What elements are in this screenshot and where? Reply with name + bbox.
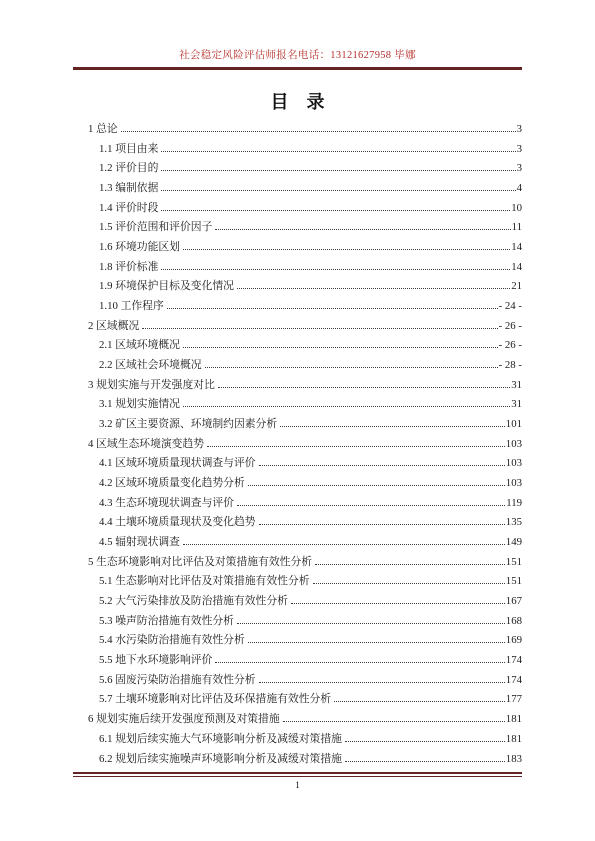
toc-entry-page: 174 [506, 671, 522, 691]
dotted-leader [183, 543, 505, 545]
toc-entry-page: 103 [506, 454, 522, 474]
dotted-leader [161, 268, 510, 270]
toc-entry-page: 21 [511, 277, 522, 297]
toc-entry-label: 4.3 生态环境现状调查与评价 [99, 494, 234, 514]
toc-entry[interactable]: 2.1 区域环境概况- 26 - [73, 336, 522, 356]
document-page: 社会稳定风险评估师报名电话：13121627958 毕娜 目 录 1 总论31.… [0, 0, 595, 841]
toc-entry-page: 101 [506, 415, 522, 435]
dotted-leader [142, 327, 497, 329]
toc-entry[interactable]: 6.1 规划后续实施大气环境影响分析及减缓对策措施181 [73, 730, 522, 750]
toc-entry[interactable]: 6.2 规划后续实施噪声环境影响分析及减缓对策措施183 [73, 750, 522, 770]
toc-entry[interactable]: 5.7 土壤环境影响对比评估及环保措施有效性分析177 [73, 690, 522, 710]
toc-entry-label: 2.2 区域社会环境概况 [99, 356, 202, 376]
dotted-leader [291, 602, 505, 604]
dotted-leader [161, 209, 510, 211]
toc-entry-page: 119 [506, 494, 522, 514]
toc-entry-label: 2.1 区域环境概况 [99, 336, 180, 356]
toc-entry-page: - 26 - [499, 317, 522, 337]
toc-entry-page: 167 [506, 592, 522, 612]
toc-entry[interactable]: 4.3 生态环境现状调查与评价119 [73, 494, 522, 514]
toc-entry-page: 135 [506, 513, 522, 533]
dotted-leader [315, 563, 505, 565]
toc-entry-label: 3 规划实施与开发强度对比 [88, 376, 215, 396]
dotted-leader [237, 504, 505, 506]
dotted-leader [280, 425, 505, 427]
toc-entry-page: 151 [506, 553, 522, 573]
dotted-leader [183, 346, 498, 348]
toc-entry[interactable]: 5.4 水污染防治措施有效性分析169 [73, 631, 522, 651]
toc-entry[interactable]: 2.2 区域社会环境概况- 28 - [73, 356, 522, 376]
dotted-leader [183, 248, 510, 250]
toc-entry[interactable]: 1.1 项目由来3 [73, 140, 522, 160]
toc-entry-label: 4.1 区域环境质量现状调查与评价 [99, 454, 256, 474]
dotted-leader [167, 307, 498, 309]
toc-entry-label: 5.6 固废污染防治措施有效性分析 [99, 671, 256, 691]
dotted-leader [183, 405, 510, 407]
toc-entry[interactable]: 3.1 规划实施情况31 [73, 395, 522, 415]
toc-entry-label: 4.5 辐射现状调查 [99, 533, 180, 553]
toc-entry-label: 3.1 规划实施情况 [99, 395, 180, 415]
toc-entry-page: 3 [517, 140, 522, 160]
toc-entry-label: 1.8 评价标准 [99, 258, 158, 278]
toc-entry[interactable]: 5.6 固废污染防治措施有效性分析174 [73, 671, 522, 691]
toc-entry-label: 5.5 地下水环境影响评价 [99, 651, 212, 671]
toc-entry-label: 2 区域概况 [88, 317, 139, 337]
toc-entry-label: 4.4 土壤环境质量现状及变化趋势 [99, 513, 256, 533]
dotted-leader [334, 700, 505, 702]
toc-entry[interactable]: 4 区域生态环境演变趋势103 [73, 435, 522, 455]
header-rule [73, 67, 522, 70]
toc-entry-label: 4.2 区域环境质量变化趋势分析 [99, 474, 245, 494]
toc-entry[interactable]: 1.6 环境功能区划14 [73, 238, 522, 258]
toc-entry[interactable]: 6 规划实施后续开发强度预测及对策措施181 [73, 710, 522, 730]
toc-entry-page: 14 [511, 238, 522, 258]
toc-entry[interactable]: 1.9 环境保护目标及变化情况21 [73, 277, 522, 297]
toc-entry-label: 5.1 生态影响对比评估及对策措施有效性分析 [99, 572, 310, 592]
dotted-leader [205, 366, 498, 368]
toc-entry-label: 5.7 土壤环境影响对比评估及环保措施有效性分析 [99, 690, 331, 710]
toc-entry-label: 4 区域生态环境演变趋势 [88, 435, 204, 455]
toc-entry-page: 149 [506, 533, 522, 553]
toc-entry-page: 169 [506, 631, 522, 651]
toc-entry-page: 11 [512, 218, 522, 238]
toc-title: 目 录 [0, 88, 595, 114]
toc-entry[interactable]: 5.2 大气污染排放及防治措施有效性分析167 [73, 592, 522, 612]
toc-entry-label: 3.2 矿区主要资源、环境制约因素分析 [99, 415, 277, 435]
toc-entry-label: 1.5 评价范围和评价因子 [99, 218, 212, 238]
header-notice: 社会稳定风险评估师报名电话：13121627958 毕娜 [0, 47, 595, 62]
dotted-leader [215, 228, 510, 230]
toc-entry-label: 1.2 评价目的 [99, 159, 158, 179]
dotted-leader [215, 661, 504, 663]
toc-entry-label: 6 规划实施后续开发强度预测及对策措施 [88, 710, 280, 730]
toc-entry-page: 3 [517, 120, 522, 140]
toc-list: 1 总论31.1 项目由来31.2 评价目的31.3 编制依据41.4 评价时段… [73, 120, 522, 769]
toc-entry[interactable]: 1 总论3 [73, 120, 522, 140]
toc-entry[interactable]: 1.4 评价时段10 [73, 199, 522, 219]
toc-entry-page: 4 [517, 179, 522, 199]
toc-entry-page: 103 [506, 435, 522, 455]
toc-entry-page: 31 [511, 395, 522, 415]
toc-entry[interactable]: 3.2 矿区主要资源、环境制约因素分析101 [73, 415, 522, 435]
toc-entry[interactable]: 4.5 辐射现状调查149 [73, 533, 522, 553]
toc-entry[interactable]: 1.3 编制依据4 [73, 179, 522, 199]
toc-entry[interactable]: 4.4 土壤环境质量现状及变化趋势135 [73, 513, 522, 533]
toc-entry-page: 3 [517, 159, 522, 179]
footer-rule [73, 772, 522, 777]
dotted-leader [259, 523, 505, 525]
dotted-leader [345, 760, 505, 762]
toc-entry-label: 1 总论 [88, 120, 118, 140]
toc-entry-page: 181 [506, 710, 522, 730]
toc-entry-page: 14 [511, 258, 522, 278]
dotted-leader [237, 622, 505, 624]
toc-entry-label: 1.1 项目由来 [99, 140, 158, 160]
toc-entry-label: 6.2 规划后续实施噪声环境影响分析及减缓对策措施 [99, 750, 342, 770]
dotted-leader [161, 189, 515, 191]
dotted-leader [161, 169, 515, 171]
dotted-leader [283, 720, 505, 722]
toc-entry-page: 10 [511, 199, 522, 219]
toc-entry[interactable]: 5 生态环境影响对比评估及对策措施有效性分析151 [73, 553, 522, 573]
dotted-leader [237, 287, 510, 289]
toc-entry[interactable]: 1.2 评价目的3 [73, 159, 522, 179]
toc-entry[interactable]: 4.1 区域环境质量现状调查与评价103 [73, 454, 522, 474]
toc-entry-label: 5.2 大气污染排放及防治措施有效性分析 [99, 592, 288, 612]
dotted-leader [345, 740, 505, 742]
dotted-leader [121, 130, 516, 132]
toc-entry[interactable]: 1.5 评价范围和评价因子11 [73, 218, 522, 238]
toc-entry-page: 183 [506, 750, 522, 770]
dotted-leader [259, 464, 505, 466]
toc-entry-page: 168 [506, 612, 522, 632]
toc-entry-page: 181 [506, 730, 522, 750]
toc-entry-label: 1.10 工作程序 [99, 297, 164, 317]
dotted-leader [161, 150, 515, 152]
dotted-leader [248, 484, 505, 486]
toc-entry-label: 1.9 环境保护目标及变化情况 [99, 277, 234, 297]
toc-entry-page: 103 [506, 474, 522, 494]
toc-entry-label: 5 生态环境影响对比评估及对策措施有效性分析 [88, 553, 312, 573]
dotted-leader [259, 681, 505, 683]
toc-entry[interactable]: 5.5 地下水环境影响评价174 [73, 651, 522, 671]
toc-entry-label: 1.3 编制依据 [99, 179, 158, 199]
toc-entry-label: 1.4 评价时段 [99, 199, 158, 219]
toc-entry-label: 5.3 噪声防治措施有效性分析 [99, 612, 234, 632]
toc-entry[interactable]: 1.8 评价标准14 [73, 258, 522, 278]
toc-entry-page: - 26 - [499, 336, 522, 356]
toc-entry-page: 174 [506, 651, 522, 671]
toc-entry-page: 177 [506, 690, 522, 710]
toc-entry[interactable]: 4.2 区域环境质量变化趋势分析103 [73, 474, 522, 494]
toc-entry-label: 5.4 水污染防治措施有效性分析 [99, 631, 245, 651]
toc-entry[interactable]: 5.1 生态影响对比评估及对策措施有效性分析151 [73, 572, 522, 592]
toc-entry-page: 31 [511, 376, 522, 396]
toc-entry[interactable]: 2 区域概况- 26 - [73, 317, 522, 337]
toc-entry-page: - 24 - [499, 297, 522, 317]
toc-entry[interactable]: 1.10 工作程序- 24 - [73, 297, 522, 317]
toc-entry[interactable]: 5.3 噪声防治措施有效性分析168 [73, 612, 522, 632]
toc-entry-label: 6.1 规划后续实施大气环境影响分析及减缓对策措施 [99, 730, 342, 750]
toc-entry[interactable]: 3 规划实施与开发强度对比31 [73, 376, 522, 396]
dotted-leader [248, 641, 505, 643]
toc-entry-page: 151 [506, 572, 522, 592]
dotted-leader [218, 386, 510, 388]
toc-entry-label: 1.6 环境功能区划 [99, 238, 180, 258]
dotted-leader [313, 582, 505, 584]
toc-entry-page: - 28 - [499, 356, 522, 376]
dotted-leader [207, 445, 505, 447]
page-number: 1 [0, 781, 595, 791]
